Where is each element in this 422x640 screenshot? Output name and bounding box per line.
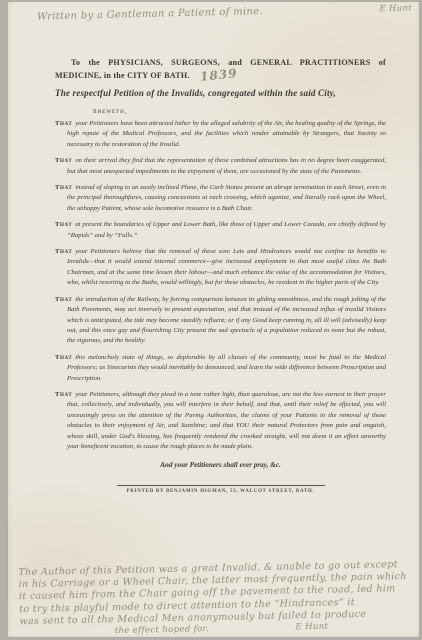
petition-closing: And your Petitioners shall ever pray, &c… — [55, 461, 386, 469]
paragraph-text: your Petitioners, although they plead in… — [67, 391, 386, 450]
handwritten-bottom-annotation: The Author of this Petition was a great … — [18, 559, 414, 639]
bottom-note-last-line: the effect hoped for. — [115, 624, 210, 637]
petition-paragraph: Thatyour Petitioners, although they plea… — [55, 390, 386, 452]
paragraph-text: your Petitioners believe that the remova… — [67, 248, 386, 286]
printed-petition-body: To the PHYSICIANS, SURGEONS, and GENERAL… — [7, 1, 420, 494]
imprint-divider — [117, 485, 325, 486]
paragraph-lead: That — [55, 120, 72, 127]
sheweth-label: Sheweth, — [93, 108, 386, 115]
paragraph-text: the introduction of the Railway, by forc… — [67, 296, 386, 345]
paragraph-text: at present the boundaries of Upper and L… — [67, 221, 386, 238]
paragraph-text: this melancholy state of things, so depl… — [67, 354, 386, 382]
paragraph-lead: That — [55, 354, 72, 361]
paragraph-lead: That — [55, 184, 72, 191]
petition-subtitle: The respectful Petition of the Invalids,… — [55, 88, 386, 98]
paragraph-text: your Petitioners have been attracted hit… — [67, 120, 386, 148]
printer-imprint-block: PRINTED BY BENJAMIN HIGMAN, 53, WALCOT S… — [55, 485, 386, 494]
petition-paragraph: Thatyour Petitioners have been attracted… — [55, 119, 386, 150]
petition-paragraph: Thatinstead of sloping to an easily incl… — [55, 183, 386, 214]
petition-paragraph: Thaton their arrival they find that the … — [55, 156, 386, 177]
petition-paragraph: Thatyour Petitioners believe that the re… — [55, 247, 386, 289]
petition-paragraph: Thatthe introduction of the Railway, by … — [55, 295, 386, 347]
paragraph-lead: That — [55, 296, 72, 303]
printer-imprint: PRINTED BY BENJAMIN HIGMAN, 53, WALCOT S… — [55, 489, 386, 494]
paragraph-text: instead of sloping to an easily inclined… — [67, 184, 386, 212]
year-annotation: 1839 — [199, 68, 237, 83]
paragraph-lead: That — [55, 221, 72, 228]
bottom-signature: E Hunt — [295, 622, 328, 634]
petition-paragraph: Thatat present the boundaries of Upper a… — [55, 220, 386, 241]
petition-paragraph: Thatthis melancholy state of things, so … — [55, 353, 386, 384]
paragraph-lead: That — [55, 157, 72, 164]
paragraph-lead: That — [55, 391, 72, 398]
paragraph-text: on their arrival they find that the repr… — [67, 157, 386, 174]
petition-title: To the PHYSICIANS, SURGEONS, and GENERAL… — [55, 57, 386, 81]
scanned-petition-page: Written by a Gentleman a Patient of mine… — [7, 1, 420, 638]
paragraph-lead: That — [55, 248, 72, 255]
